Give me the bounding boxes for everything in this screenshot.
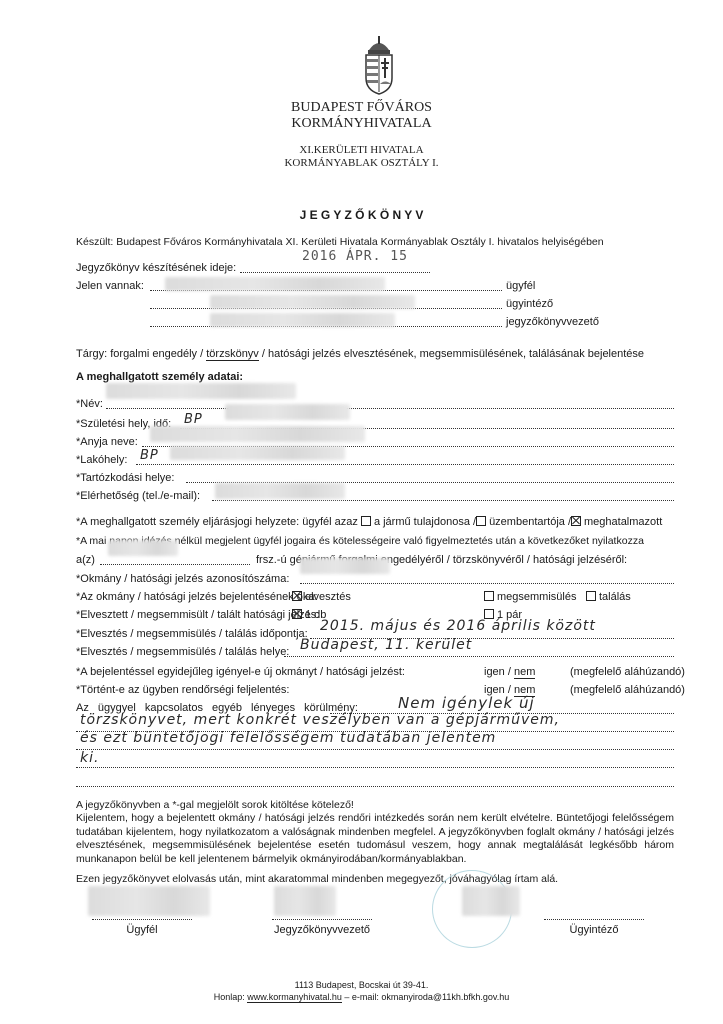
slash: / [508,666,511,678]
ideje-label: Jegyzőkönyv készítésének ideje: [76,262,236,274]
option-meghatalmazott: meghatalmazott [584,516,662,528]
redacted-lakohely [170,446,345,460]
keszult-text: Készült: Budapest Főváros Kormányhivatal… [76,236,604,248]
checkbox-elvesztes[interactable] [292,591,302,601]
time-label: *Elvesztés / megsemmisülés / találás idő… [76,628,308,640]
dept-line-1: XI.KERÜLETI HIVATALA [0,144,723,157]
new-doc-choice[interactable]: igen / nem [484,666,535,678]
redacted-ugyfel [165,277,385,291]
field-lakohely-value: BP [140,448,159,463]
circ-line-2[interactable] [76,749,674,750]
date-stamp: 2016 ÁPR. 15 [302,249,408,264]
field-nev[interactable] [106,408,674,409]
mandatory-notice: A jegyzőkönyvben a *-gal megjelölt sorok… [76,799,354,811]
signature-line-ugyfel[interactable] [92,919,192,920]
circ-line-4[interactable] [76,786,674,787]
role-jegyzokonyvvezeto: jegyzőkönyvvezető [506,316,599,328]
footer-address: 1113 Budapest, Bocskai út 39-41. [0,980,723,990]
checkbox-tulajdonos[interactable] [361,516,371,526]
ideje-field[interactable] [240,272,430,273]
plate-label: *Elvesztett / megsemmisült / talált ható… [76,609,319,621]
redacted-szuletesi [225,404,350,420]
new-doc-nem[interactable]: nem [514,666,535,679]
police-hint: (megfelelő aláhúzandó) [570,684,685,696]
reason-megsemmisules[interactable]: megsemmisülés [484,591,576,603]
org-line-1: BUDAPEST FŐVÁROS [0,100,723,116]
role-ugyfel: ügyfél [506,280,535,292]
reason-elvesztes-label: elvesztés [305,591,351,603]
subject-underlined: törzskönyv [206,348,259,361]
place-value: Budapest, 11. kerület [300,637,472,653]
org-line-2: KORMÁNYHIVATALA [0,116,723,132]
redacted-jegyzokonyvvezeto [210,313,395,327]
field-elerhetoseg-label: *Elérhetőség (tel./e-mail): [76,490,200,502]
reason-talalas[interactable]: találás [586,591,631,603]
reason-talalas-label: találás [599,591,631,603]
signature-label-ugyfel: Ügyfél [92,924,192,936]
reason-megsemmisules-label: megsemmisülés [497,591,576,603]
redacted-ugyintezo [210,295,415,309]
new-doc-igen[interactable]: igen [484,666,505,678]
checkbox-1db[interactable] [292,609,302,619]
field-lakohely[interactable] [136,464,674,465]
checkbox-meghatalmazott[interactable] [571,516,581,526]
doc-id-label: *Okmány / hatósági jelzés azonosítószáma… [76,573,289,585]
checkbox-talalas[interactable] [586,591,596,601]
role-ugyintezo: ügyintéző [506,298,553,310]
declaration-prefix: a(z) [76,554,95,566]
signature-label-ugyintezo: Ügyintéző [544,924,644,936]
redacted-sig-ugyintezo [462,886,520,916]
org-name: BUDAPEST FŐVÁROS KORMÁNYHIVATALA [0,100,723,132]
signature-line-jegyzokonyvvezeto[interactable] [272,919,372,920]
new-doc-label: *A bejelentéssel egyidejűleg igényel-e ú… [76,666,405,678]
declaration-paragraph: Kijelentem, hogy a bejelentett okmány / … [76,812,674,866]
checkbox-megsemmisules[interactable] [484,591,494,601]
status-row: *A meghallgatott személy eljárásjogi hel… [76,516,662,528]
redacted-sig-jegyzokonyvvezeto [274,886,336,916]
option-tulajdonos: a jármű tulajdonosa / [374,516,476,528]
footer-email: – e-mail: okmanyiroda@11kh.bfkh.gov.hu [342,992,509,1002]
doc-id-field[interactable] [300,583,674,584]
redacted-anyja [150,426,365,442]
circ-text-3: ki. [80,750,99,766]
document-title: J E G Y Z Ő K Ö N Y V [0,208,723,222]
option-uzembentarto: üzembentartója / [489,516,571,528]
person-heading: A meghallgatott személy adatai: [76,371,243,383]
dept-line-2: KORMÁNYABLAK OSZTÁLY I. [0,157,723,170]
subject-prefix: Tárgy: forgalmi engedély / [76,348,206,360]
redacted-doc-id [300,558,390,574]
coat-of-arms-icon [361,34,397,96]
subject-line: Tárgy: forgalmi engedély / törzskönyv / … [76,348,644,360]
reason-label: *Az okmány / hatósági jelzés bejelentésé… [76,591,318,603]
redacted-plate [108,540,178,556]
signature-label-jegyzokonyvvezeto: Jegyzőkönyvvezető [272,924,372,936]
circ-text-2: és ezt büntetőjogi felelősségem tudatába… [80,730,496,746]
signature-line-ugyintezo[interactable] [544,919,644,920]
field-tartozkodasi-label: *Tartózkodási helye: [76,472,174,484]
new-doc-hint: (megfelelő aláhúzandó) [570,666,685,678]
footer-contact: Honlap: www.kormanyhivatal.hu – e-mail: … [0,992,723,1002]
place-label: *Elvesztés / megsemmisülés / találás hel… [76,646,289,658]
circ-line-3[interactable] [76,767,674,768]
reason-elvesztes[interactable]: elvesztés [292,591,351,603]
police-label: *Történt-e az ügyben rendőrségi feljelen… [76,684,289,696]
field-anyja-label: *Anyja neve: [76,436,138,448]
footer-web-label: Honlap: [214,992,248,1002]
status-label: *A meghallgatott személy eljárásjogi hel… [76,516,358,528]
footer-web-link[interactable]: www.kormanyhivatal.hu [247,992,342,1003]
field-elerhetoseg[interactable] [212,500,674,501]
field-lakohely-label: *Lakóhely: [76,454,127,466]
field-nev-label: *Név: [76,398,103,410]
field-szuletesi-value: BP [184,412,203,427]
circ-text-0: Nem igénylek új [398,694,535,712]
plate-number-field[interactable] [100,564,250,565]
redacted-nev [106,383,296,399]
place-field[interactable] [284,656,674,657]
redacted-elerhetoseg [215,483,345,499]
redacted-sig-ugyfel [88,886,210,916]
department-name: XI.KERÜLETI HIVATALA KORMÁNYABLAK OSZTÁL… [0,144,723,170]
subject-suffix: / hatósági jelzés elvesztésének, megsemm… [259,348,644,360]
time-value: 2015. május és 2016 április között [320,618,596,634]
circ-text-1: törzskönyvet, mert konkrét veszélyben va… [80,712,560,728]
checkbox-uzembentarto[interactable] [476,516,486,526]
jelen-label: Jelen vannak: [76,280,144,292]
